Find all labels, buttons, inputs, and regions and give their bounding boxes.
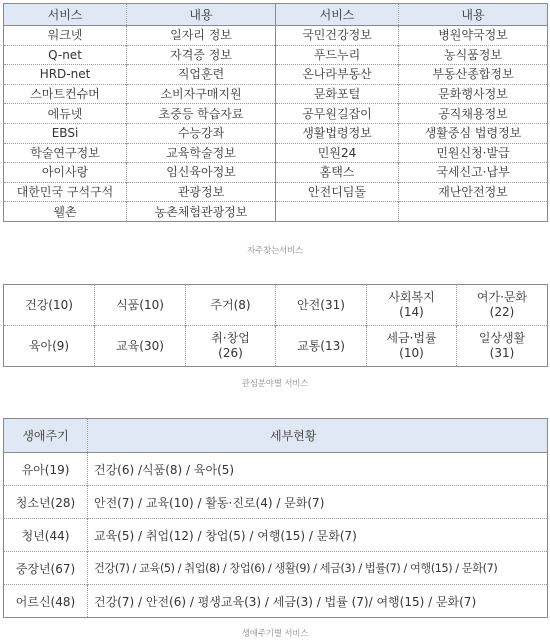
life-stage-details: 건강(7) / 안전(6) / 평생교육(3) / 세금(3) / 법률 (7)… (88, 585, 548, 618)
service-content: 임신육아정보 (127, 163, 276, 183)
column-header-life-stage: 생애주기 (4, 419, 88, 453)
column-header-content: 내용 (399, 4, 548, 26)
service-content: 재난안전정보 (399, 182, 548, 202)
table-row: 청년(44) 교육(5) / 취업(12) / 창업(5) / 여행(15) /… (4, 519, 548, 552)
service-name: HRD-net (4, 65, 127, 85)
service-name: 문화포털 (276, 84, 399, 104)
interest-cell: 식품(10) (95, 285, 186, 326)
interest-name: 세금·법률 (386, 331, 436, 345)
table-row: 워크넷 일자리 정보 국민건강정보 병원약국정보 (4, 26, 548, 46)
service-content: 민원신청·발급 (399, 143, 548, 163)
service-name: Q-net (4, 45, 127, 65)
service-name: 공무원길잡이 (276, 104, 399, 124)
interest-cell: 여가·문화(22) (457, 285, 548, 326)
table-header-row: 생애주기 세부현황 (4, 419, 548, 453)
life-cycle-table: 생애주기 세부현황 유아(19) 건강(6) /식품(8) / 육아(5) 청소… (3, 418, 548, 618)
interest-cell: 교통(13) (276, 326, 367, 367)
interest-name: 육아(9) (29, 339, 69, 353)
interest-fields-caption: 관심분야별 서비스 (0, 377, 550, 389)
life-cycle-caption: 생애주기별 서비스 (0, 627, 550, 639)
table-row: 어르신(48) 건강(7) / 안전(6) / 평생교육(3) / 세금(3) … (4, 585, 548, 618)
life-stage: 청소년(28) (4, 486, 88, 519)
service-name: 웰촌 (4, 202, 127, 222)
service-content: 일자리 정보 (127, 26, 276, 46)
interest-name: 여가·문화 (477, 290, 527, 304)
interest-cell: 주거(8) (186, 285, 276, 326)
table-header-row: 서비스 내용 서비스 내용 (4, 4, 548, 26)
service-name: 학술연구정보 (4, 143, 127, 163)
interest-name: 주거(8) (210, 298, 250, 312)
life-stage-details: 교육(5) / 취업(12) / 창업(5) / 여행(15) / 문화(7) (88, 519, 548, 552)
service-content: 교육학술정보 (127, 143, 276, 163)
service-content: 직업훈련 (127, 65, 276, 85)
interest-count: (31) (490, 346, 515, 360)
life-stage-details: 안전(7) / 교육(10) / 활동·진로(4) / 문화(7) (88, 486, 548, 519)
interest-cell: 사회복지(14) (367, 285, 457, 326)
service-content-empty (399, 202, 548, 222)
interest-cell: 건강(10) (4, 285, 95, 326)
table-row: 중장년(67) 건강(7) / 교육(5) / 취업(8) / 창업(6) / … (4, 552, 548, 585)
interest-cell: 세금·법률(10) (367, 326, 457, 367)
interest-count: (26) (218, 346, 243, 360)
life-stage-details: 건강(7) / 교육(5) / 취업(8) / 창업(6) / 생활(9) / … (88, 552, 548, 585)
table-row: 유아(19) 건강(6) /식품(8) / 육아(5) (4, 453, 548, 486)
table-row: 대한민국 구석구석 관광정보 안전디딤돌 재난안전정보 (4, 182, 548, 202)
table-row: 스마트컨슈머 소비자구매지원 문화포털 문화행사정보 (4, 84, 548, 104)
service-content: 수능강좌 (127, 123, 276, 143)
service-name: 푸드누리 (276, 45, 399, 65)
column-header-service: 서비스 (4, 4, 127, 26)
service-name: 워크넷 (4, 26, 127, 46)
table-row: 에듀넷 초중등 학습자료 공무원길잡이 공직채용정보 (4, 104, 548, 124)
interest-cell: 일상생활(31) (457, 326, 548, 367)
interest-cell: 교육(30) (95, 326, 186, 367)
column-header-details: 세부현황 (88, 419, 548, 453)
interest-count: (14) (399, 305, 424, 319)
service-content: 공직채용정보 (399, 104, 548, 124)
service-content: 생활중심 법령정보 (399, 123, 548, 143)
service-content: 국세신고·납부 (399, 163, 548, 183)
table-row: 육아(9) 교육(30) 취·창업(26) 교통(13) 세금·법률(10) 일… (4, 326, 548, 367)
service-content: 자격증 정보 (127, 45, 276, 65)
interest-name: 교육(30) (116, 339, 164, 353)
table-row: 학술연구정보 교육학술정보 민원24 민원신청·발급 (4, 143, 548, 163)
service-name: 에듀넷 (4, 104, 127, 124)
interest-name: 교통(13) (297, 339, 345, 353)
life-stage: 청년(44) (4, 519, 88, 552)
service-content: 부동산종합정보 (399, 65, 548, 85)
service-content: 문화행사정보 (399, 84, 548, 104)
column-header-service: 서비스 (276, 4, 399, 26)
interest-fields-table: 건강(10) 식품(10) 주거(8) 안전(31) 사회복지(14) 여가·문… (3, 284, 548, 367)
life-stage-details: 건강(6) /식품(8) / 육아(5) (88, 453, 548, 486)
interest-name: 취·창업 (211, 331, 250, 345)
frequent-services-caption: 자주찾는서비스 (0, 244, 550, 256)
service-content: 초중등 학습자료 (127, 104, 276, 124)
service-content: 관광정보 (127, 182, 276, 202)
service-content: 소비자구매지원 (127, 84, 276, 104)
interest-count: (10) (399, 346, 424, 360)
life-stage: 유아(19) (4, 453, 88, 486)
life-stage: 어르신(48) (4, 585, 88, 618)
interest-cell: 안전(31) (276, 285, 367, 326)
service-name: 국민건강정보 (276, 26, 399, 46)
interest-name: 식품(10) (116, 298, 164, 312)
interest-cell: 육아(9) (4, 326, 95, 367)
service-name-empty (276, 202, 399, 222)
service-name: 안전디딤돌 (276, 182, 399, 202)
service-content: 농촌체험관광정보 (127, 202, 276, 222)
interest-cell: 취·창업(26) (186, 326, 276, 367)
table-row: Q-net 자격증 정보 푸드누리 농식품정보 (4, 45, 548, 65)
service-name: 온나라부동산 (276, 65, 399, 85)
interest-count: (22) (490, 305, 515, 319)
life-stage: 중장년(67) (4, 552, 88, 585)
service-name: EBSi (4, 123, 127, 143)
interest-name: 사회복지 (388, 290, 434, 304)
service-name: 홈택스 (276, 163, 399, 183)
table-row: 웰촌 농촌체험관광정보 (4, 202, 548, 222)
service-name: 민원24 (276, 143, 399, 163)
table-row: 건강(10) 식품(10) 주거(8) 안전(31) 사회복지(14) 여가·문… (4, 285, 548, 326)
table-row: 청소년(28) 안전(7) / 교육(10) / 활동·진로(4) / 문화(7… (4, 486, 548, 519)
service-content: 병원약국정보 (399, 26, 548, 46)
interest-name: 건강(10) (25, 298, 73, 312)
table-row: HRD-net 직업훈련 온나라부동산 부동산종합정보 (4, 65, 548, 85)
interest-name: 일상생활 (479, 331, 525, 345)
service-name: 스마트컨슈머 (4, 84, 127, 104)
service-name: 아이사랑 (4, 163, 127, 183)
service-name: 생활법령정보 (276, 123, 399, 143)
service-content: 농식품정보 (399, 45, 548, 65)
table-row: EBSi 수능강좌 생활법령정보 생활중심 법령정보 (4, 123, 548, 143)
interest-name: 안전(31) (297, 298, 345, 312)
table-row: 아이사랑 임신육아정보 홈택스 국세신고·납부 (4, 163, 548, 183)
column-header-content: 내용 (127, 4, 276, 26)
service-name: 대한민국 구석구석 (4, 182, 127, 202)
frequent-services-table: 서비스 내용 서비스 내용 워크넷 일자리 정보 국민건강정보 병원약국정보 Q… (3, 3, 548, 222)
